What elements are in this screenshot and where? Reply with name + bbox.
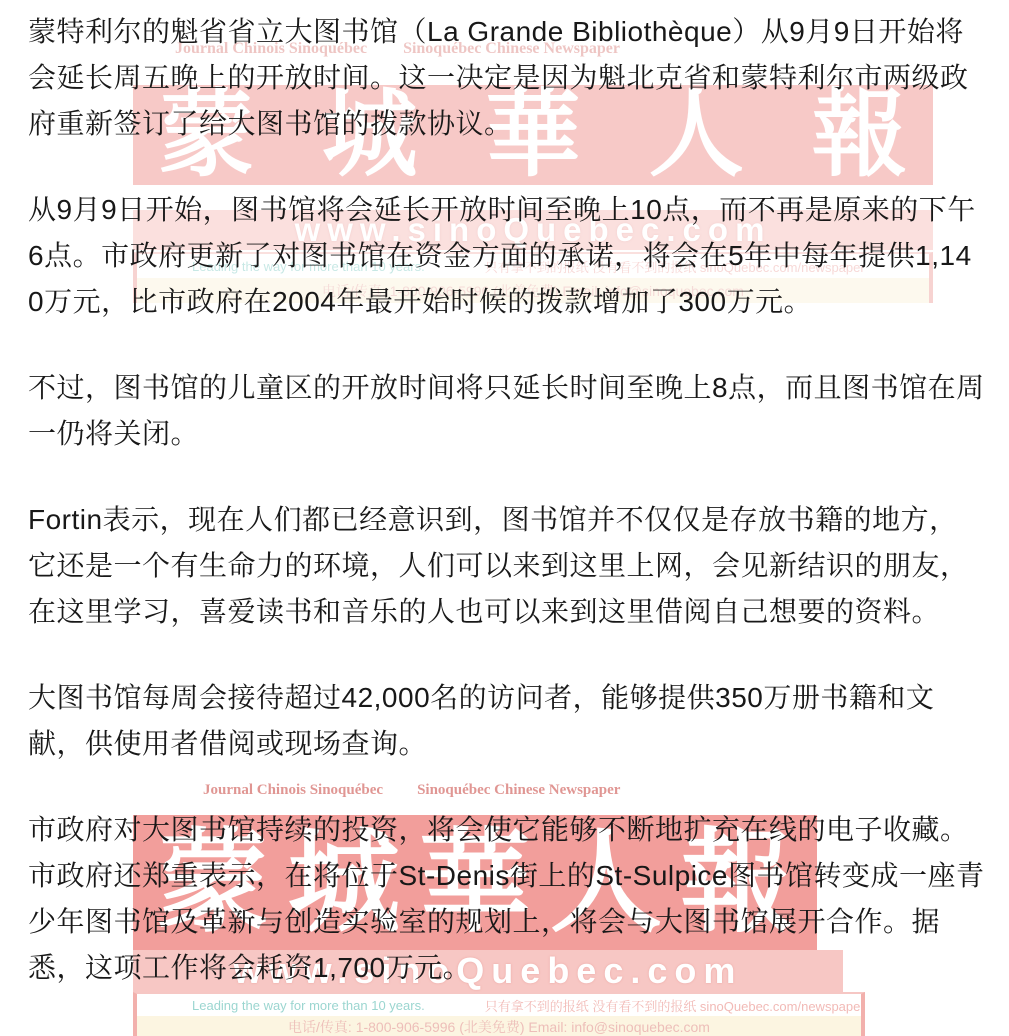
article-paragraph: 不过，图书馆的儿童区的开放时间将只延长时间至晚上8点，而且图书馆在周一仍将关闭。 (28, 365, 985, 457)
article-paragraph: Fortin表示，现在人们都已经意识到，图书馆并不仅仅是存放书籍的地方，它还是一… (28, 497, 985, 635)
article-paragraph: 市政府对大图书馆持续的投资，将会使它能够不断地扩充在线的电子收藏。市政府还郑重表… (28, 807, 985, 991)
article-paragraph: 从9月9日开始，图书馆将会延长开放时间至晚上10点，而不再是原来的下午6点。市政… (28, 187, 985, 325)
news-article: 蒙特利尔的魁省省立大图书馆（La Grande Bibliothèque）从9月… (28, 9, 985, 1031)
article-paragraph: 蒙特利尔的魁省省立大图书馆（La Grande Bibliothèque）从9月… (28, 9, 985, 147)
article-paragraph: 大图书馆每周会接待超过42,000名的访问者，能够提供350万册书籍和文献，供使… (28, 675, 985, 767)
